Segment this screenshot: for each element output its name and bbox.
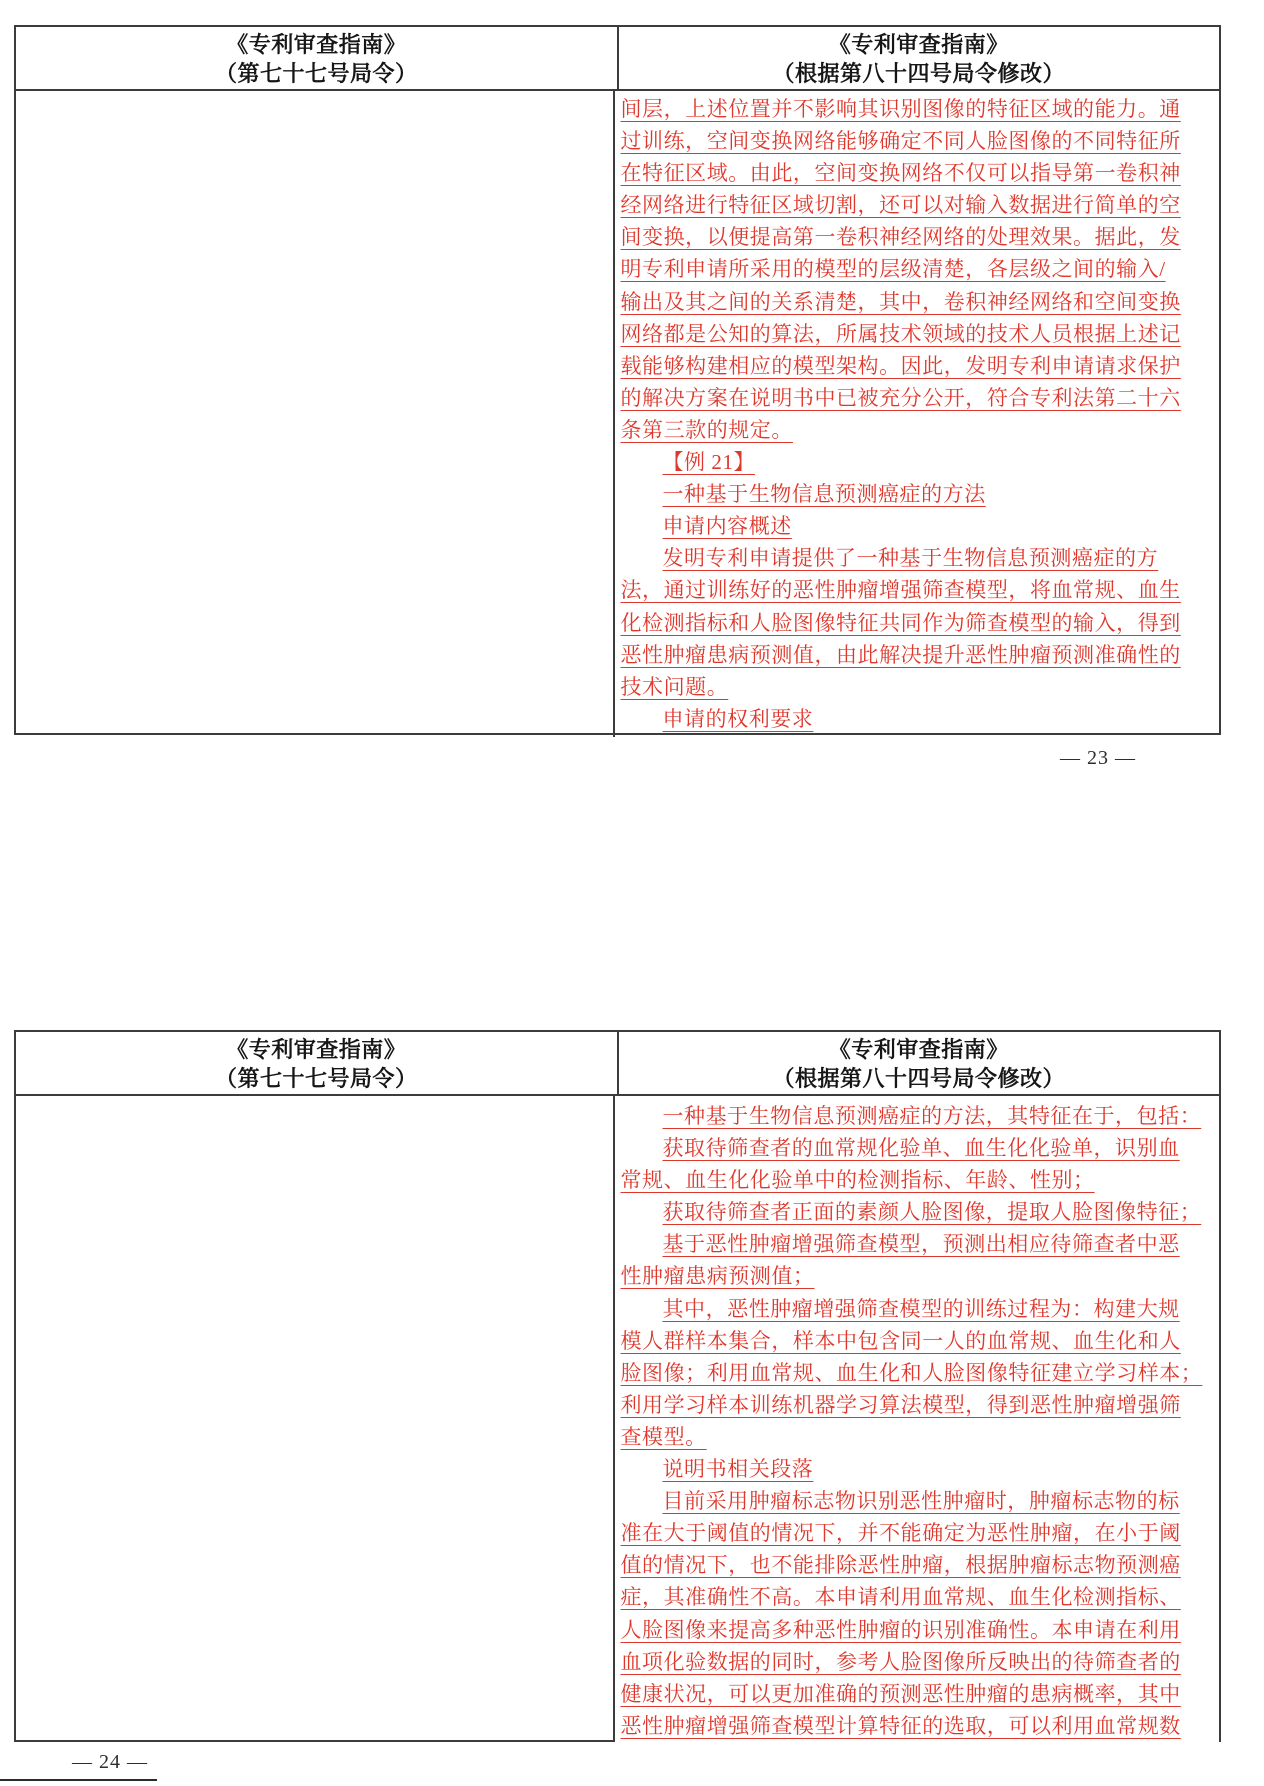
revised-red-text: 条第三款的规定。 bbox=[621, 418, 793, 442]
old-version-cell-empty bbox=[16, 1096, 615, 1742]
text-line: 人脸图像来提高多种恶性肿瘤的识别准确性。本申请在利用 bbox=[621, 1614, 1218, 1646]
revised-red-text: 明专利申请所采用的模型的层级清楚，各层级之间的输入/ bbox=[621, 257, 1166, 281]
revised-red-text: 网络都是公知的算法，所属技术领域的技术人员根据上述记 bbox=[621, 322, 1181, 346]
revised-red-text: 间层，上述位置并不影响其识别图像的特征区域的能力。通 bbox=[621, 97, 1181, 121]
text-line: 技术问题。 bbox=[621, 671, 1218, 703]
revised-red-text: 发明专利申请提供了一种基于生物信息预测癌症的方 bbox=[663, 546, 1159, 570]
revised-red-text: 获取待筛查者的血常规化验单、血生化化验单，识别血 bbox=[663, 1136, 1180, 1160]
revised-red-text: 说明书相关段落 bbox=[663, 1457, 814, 1481]
header-title: 《专利审查指南》 bbox=[619, 1035, 1220, 1064]
text-line: 申请的权利要求 bbox=[621, 703, 1218, 735]
revised-red-text: 常规、血生化化验单中的检测指标、年龄、性别； bbox=[621, 1168, 1095, 1192]
header-revised-guideline: 《专利审查指南》 （根据第八十四号局令修改） bbox=[617, 1032, 1220, 1094]
text-line: 其中，恶性肿瘤增强筛查模型的训练过程为：构建大规 bbox=[621, 1293, 1218, 1325]
header-old-guideline: 《专利审查指南》 （第七十七号局令） bbox=[16, 1032, 617, 1094]
text-line: 血项化验数据的同时，参考人脸图像所反映出的待筛查者的 bbox=[621, 1646, 1218, 1678]
revised-red-text: 一种基于生物信息预测癌症的方法，其特征在于，包括： bbox=[663, 1104, 1202, 1128]
text-line: 常规、血生化化验单中的检测指标、年龄、性别； bbox=[621, 1164, 1218, 1196]
text-line: 明专利申请所采用的模型的层级清楚，各层级之间的输入/ bbox=[621, 253, 1218, 285]
text-line: 过训练，空间变换网络能够确定不同人脸图像的不同特征所 bbox=[621, 125, 1218, 157]
text-line: 间层，上述位置并不影响其识别图像的特征区域的能力。通 bbox=[621, 93, 1218, 125]
revised-red-text: 一种基于生物信息预测癌症的方法 bbox=[663, 482, 986, 506]
revised-red-text: 过训练，空间变换网络能够确定不同人脸图像的不同特征所 bbox=[621, 129, 1181, 153]
text-line: 条第三款的规定。 bbox=[621, 414, 1218, 446]
revised-red-text: 利用学习样本训练机器学习算法模型，得到恶性肿瘤增强筛 bbox=[621, 1393, 1181, 1417]
revised-red-text: 人脸图像来提高多种恶性肿瘤的识别准确性。本申请在利用 bbox=[621, 1618, 1181, 1642]
revised-red-text: 经网络进行特征区域切割，还可以对输入数据进行简单的空 bbox=[621, 193, 1181, 217]
text-line: 利用学习样本训练机器学习算法模型，得到恶性肿瘤增强筛 bbox=[621, 1389, 1218, 1421]
revised-red-text: 脸图像；利用血常规、血生化和人脸图像特征建立学习样本； bbox=[621, 1361, 1203, 1385]
revised-red-text: 的解决方案在说明书中已被充分公开，符合专利法第二十六 bbox=[621, 386, 1181, 410]
next-page-edge-line bbox=[0, 1779, 157, 1781]
table-header-row: 《专利审查指南》 （第七十七号局令） 《专利审查指南》 （根据第八十四号局令修改… bbox=[16, 1032, 1219, 1096]
revised-red-text: 血项化验数据的同时，参考人脸图像所反映出的待筛查者的 bbox=[621, 1650, 1181, 1674]
revised-red-text: 载能够构建相应的模型架构。因此，发明专利申请请求保护 bbox=[621, 354, 1181, 378]
text-line: 网络都是公知的算法，所属技术领域的技术人员根据上述记 bbox=[621, 318, 1218, 350]
revised-red-text: 申请内容概述 bbox=[663, 514, 792, 538]
text-line: 恶性肿瘤增强筛查模型计算特征的选取，可以利用血常规数 bbox=[621, 1710, 1218, 1742]
text-line: 获取待筛查者正面的素颜人脸图像，提取人脸图像特征； bbox=[621, 1196, 1218, 1228]
revised-red-text: 症，其准确性不高。本申请利用血常规、血生化检测指标、 bbox=[621, 1585, 1181, 1609]
text-line: 发明专利申请提供了一种基于生物信息预测癌症的方 bbox=[621, 542, 1218, 574]
page-number-23: — 23 — bbox=[1060, 747, 1136, 769]
comparison-table-page-23: 《专利审查指南》 （第七十七号局令） 《专利审查指南》 （根据第八十四号局令修改… bbox=[14, 25, 1221, 735]
revised-red-text: 准在大于阈值的情况下，并不能确定为恶性肿瘤，在小于阈 bbox=[621, 1521, 1181, 1545]
revised-red-text: 【例 21】 bbox=[663, 450, 756, 474]
revised-red-text: 获取待筛查者正面的素颜人脸图像，提取人脸图像特征； bbox=[663, 1200, 1202, 1224]
header-revised-guideline: 《专利审查指南》 （根据第八十四号局令修改） bbox=[617, 27, 1220, 89]
text-line: 健康状况，可以更加准确的预测恶性肿瘤的患病概率，其中 bbox=[621, 1678, 1218, 1710]
header-subtitle: （根据第八十四号局令修改） bbox=[619, 59, 1220, 88]
text-line: 准在大于阈值的情况下，并不能确定为恶性肿瘤，在小于阈 bbox=[621, 1517, 1218, 1549]
text-line: 一种基于生物信息预测癌症的方法 bbox=[621, 478, 1218, 510]
revised-red-text: 法，通过训练好的恶性肿瘤增强筛查模型，将血常规、血生 bbox=[621, 578, 1181, 602]
revised-red-text: 化检测指标和人脸图像特征共同作为筛查模型的输入，得到 bbox=[621, 611, 1181, 635]
text-line: 恶性肿瘤患病预测值，由此解决提升恶性肿瘤预测准确性的 bbox=[621, 639, 1218, 671]
text-line: 获取待筛查者的血常规化验单、血生化化验单，识别血 bbox=[621, 1132, 1218, 1164]
text-line: 脸图像；利用血常规、血生化和人脸图像特征建立学习样本； bbox=[621, 1357, 1218, 1389]
text-line: 目前采用肿瘤标志物识别恶性肿瘤时，肿瘤标志物的标 bbox=[621, 1485, 1218, 1517]
revised-version-cell: 间层，上述位置并不影响其识别图像的特征区域的能力。通过训练，空间变换网络能够确定… bbox=[615, 91, 1220, 737]
text-line: 输出及其之间的关系清楚，其中，卷积神经网络和空间变换 bbox=[621, 286, 1218, 318]
revised-red-text: 技术问题。 bbox=[621, 675, 729, 699]
header-title: 《专利审查指南》 bbox=[619, 30, 1220, 59]
revised-red-text: 其中，恶性肿瘤增强筛查模型的训练过程为：构建大规 bbox=[663, 1297, 1180, 1321]
header-old-guideline: 《专利审查指南》 （第七十七号局令） bbox=[16, 27, 617, 89]
table-header-row: 《专利审查指南》 （第七十七号局令） 《专利审查指南》 （根据第八十四号局令修改… bbox=[16, 27, 1219, 91]
text-line: 查模型。 bbox=[621, 1421, 1218, 1453]
revised-version-cell: 一种基于生物信息预测癌症的方法，其特征在于，包括：获取待筛查者的血常规化验单、血… bbox=[615, 1096, 1220, 1742]
text-line: 模人群样本集合，样本中包含同一人的血常规、血生化和人 bbox=[621, 1325, 1218, 1357]
revised-red-text: 性肿瘤患病预测值； bbox=[621, 1264, 815, 1288]
text-line: 经网络进行特征区域切割，还可以对输入数据进行简单的空 bbox=[621, 189, 1218, 221]
revised-red-text: 输出及其之间的关系清楚，其中，卷积神经网络和空间变换 bbox=[621, 290, 1181, 314]
text-line: 【例 21】 bbox=[621, 446, 1218, 478]
revised-red-text: 目前采用肿瘤标志物识别恶性肿瘤时，肿瘤标志物的标 bbox=[663, 1489, 1180, 1513]
text-line: 申请内容概述 bbox=[621, 510, 1218, 542]
text-line: 值的情况下，也不能排除恶性肿瘤，根据肿瘤标志物预测癌 bbox=[621, 1549, 1218, 1581]
header-subtitle: （第七十七号局令） bbox=[16, 59, 617, 88]
revised-red-text: 健康状况，可以更加准确的预测恶性肿瘤的患病概率，其中 bbox=[621, 1682, 1181, 1706]
text-line: 性肿瘤患病预测值； bbox=[621, 1260, 1218, 1292]
document-page: 《专利审查指南》 （第七十七号局令） 《专利审查指南》 （根据第八十四号局令修改… bbox=[0, 0, 1264, 1786]
header-title: 《专利审查指南》 bbox=[16, 30, 617, 59]
old-version-cell-empty bbox=[16, 91, 615, 737]
text-line: 症，其准确性不高。本申请利用血常规、血生化检测指标、 bbox=[621, 1581, 1218, 1613]
header-title: 《专利审查指南》 bbox=[16, 1035, 617, 1064]
revised-red-text: 模人群样本集合，样本中包含同一人的血常规、血生化和人 bbox=[621, 1329, 1181, 1353]
revised-red-text: 基于恶性肿瘤增强筛查模型，预测出相应待筛查者中恶 bbox=[663, 1232, 1180, 1256]
text-line: 在特征区域。由此，空间变换网络不仅可以指导第一卷积神 bbox=[621, 157, 1218, 189]
text-line: 的解决方案在说明书中已被充分公开，符合专利法第二十六 bbox=[621, 382, 1218, 414]
revised-red-text: 值的情况下，也不能排除恶性肿瘤，根据肿瘤标志物预测癌 bbox=[621, 1553, 1181, 1577]
text-line: 一种基于生物信息预测癌症的方法，其特征在于，包括： bbox=[621, 1100, 1218, 1132]
revised-red-text: 恶性肿瘤增强筛查模型计算特征的选取，可以利用血常规数 bbox=[621, 1714, 1181, 1738]
page-number-24: — 24 — bbox=[72, 1751, 148, 1773]
revised-red-text: 恶性肿瘤患病预测值，由此解决提升恶性肿瘤预测准确性的 bbox=[621, 643, 1181, 667]
header-subtitle: （根据第八十四号局令修改） bbox=[619, 1064, 1220, 1093]
table-body-row: 间层，上述位置并不影响其识别图像的特征区域的能力。通过训练，空间变换网络能够确定… bbox=[16, 91, 1219, 737]
text-line: 基于恶性肿瘤增强筛查模型，预测出相应待筛查者中恶 bbox=[621, 1228, 1218, 1260]
revised-red-text: 查模型。 bbox=[621, 1425, 707, 1449]
header-subtitle: （第七十七号局令） bbox=[16, 1064, 617, 1093]
comparison-table-page-24: 《专利审查指南》 （第七十七号局令） 《专利审查指南》 （根据第八十四号局令修改… bbox=[14, 1030, 1221, 1742]
table-body-row: 一种基于生物信息预测癌症的方法，其特征在于，包括：获取待筛查者的血常规化验单、血… bbox=[16, 1096, 1219, 1742]
revised-red-text: 间变换，以便提高第一卷积神经网络的处理效果。据此，发 bbox=[621, 225, 1181, 249]
revised-red-text: 申请的权利要求 bbox=[663, 707, 814, 731]
text-line: 化检测指标和人脸图像特征共同作为筛查模型的输入，得到 bbox=[621, 607, 1218, 639]
revised-red-text: 在特征区域。由此，空间变换网络不仅可以指导第一卷积神 bbox=[621, 161, 1181, 185]
text-line: 说明书相关段落 bbox=[621, 1453, 1218, 1485]
text-line: 法，通过训练好的恶性肿瘤增强筛查模型，将血常规、血生 bbox=[621, 574, 1218, 606]
text-line: 间变换，以便提高第一卷积神经网络的处理效果。据此，发 bbox=[621, 221, 1218, 253]
text-line: 载能够构建相应的模型架构。因此，发明专利申请请求保护 bbox=[621, 350, 1218, 382]
